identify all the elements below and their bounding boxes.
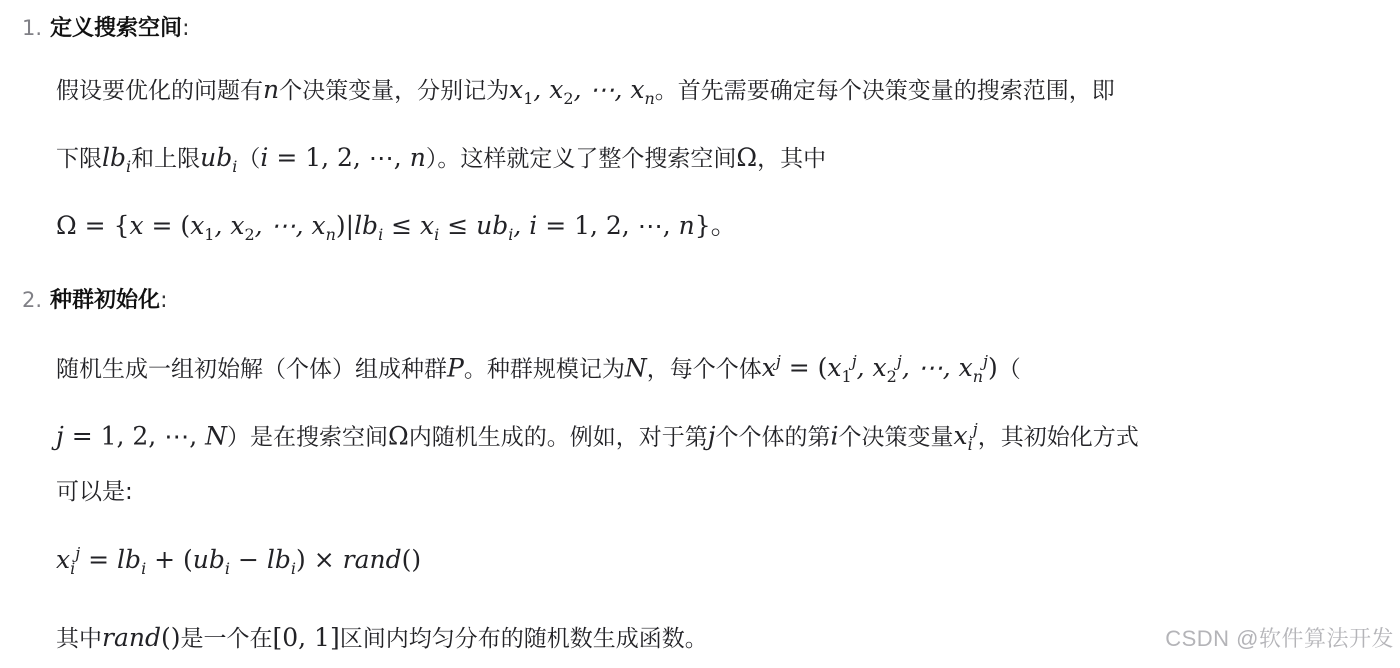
formula-initialization: xij = lbi + (ubi − lbi) × rand()	[56, 538, 421, 574]
list-number: 1.	[22, 16, 42, 40]
section-title: 种群初始化	[50, 288, 160, 313]
list-item-1-heading: 1.定义搜索空间:	[22, 12, 189, 44]
paragraph-line: 随机生成一组初始解（个体）组成种群P。种群规模记为N，每个个体xj = (x1j…	[56, 346, 1021, 382]
csdn-watermark: CSDN @软件算法开发	[1165, 622, 1394, 653]
math: x1, x2, ⋯, xn	[509, 75, 655, 104]
math: lbi	[102, 143, 131, 172]
paragraph-line: 假设要优化的问题有n个决策变量，分别记为x1, x2, ⋯, xn。首先需要确定…	[56, 74, 1115, 110]
math: i = 1, 2, ⋯, n	[260, 143, 425, 172]
list-item-2-heading: 2.种群初始化:	[22, 284, 167, 316]
list-number: 2.	[22, 288, 42, 312]
paragraph-line: j = 1, 2, ⋯, N）是在搜索空间Ω内随机生成的。例如，对于第j个个体的…	[56, 414, 1139, 450]
formula-search-space: Ω = {x = (x1, x2, ⋯, xn)|lbi ≤ xi ≤ ubi,…	[56, 210, 738, 246]
math: n	[263, 75, 279, 104]
paragraph-line: 其中rand()是一个在[0, 1]区间内均匀分布的随机数生成函数。	[56, 622, 708, 658]
math: ubi	[200, 143, 237, 172]
math: Ω	[736, 143, 757, 172]
paragraph-line: 可以是:	[56, 476, 133, 512]
section-title: 定义搜索空间	[50, 16, 182, 41]
paragraph-line: 下限lbi和上限ubi（i = 1, 2, ⋯, n）。这样就定义了整个搜索空间…	[56, 142, 826, 178]
